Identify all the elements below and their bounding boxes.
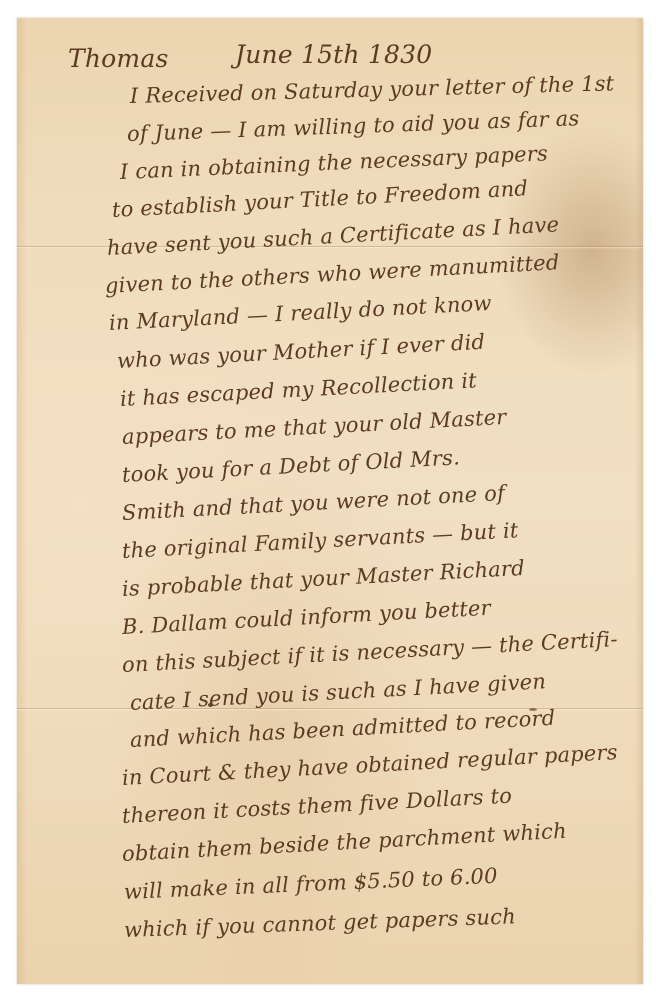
letter-line: the original Family servants — but it	[121, 518, 519, 563]
letter-line: I Received on Saturday your letter of th…	[130, 71, 615, 108]
letter-line: thereon it costs them five Dollars to	[121, 784, 512, 828]
letter-line: I can in obtaining the necessary papers	[119, 141, 548, 184]
letter-line: took you for a Debt of Old Mrs.	[121, 445, 460, 487]
letter-line: is probable that your Master Richard	[121, 556, 525, 601]
letter-line: to establish your Title to Freedom and	[111, 176, 528, 222]
letter-line: and which has been admitted to record	[129, 706, 556, 752]
letter-line: have sent you such a Certificate as I ha…	[106, 212, 559, 260]
letter-date: June 15th 1830	[235, 40, 432, 69]
letter-line: of June — I am willing to aid you as far…	[127, 106, 580, 146]
letter-line: Smith and that you were not one of	[121, 481, 505, 525]
letter-line: in Maryland — I really do not know	[108, 291, 492, 335]
letter-line: B. Dallam could inform you better	[121, 595, 491, 638]
letter-page: Thomas June 15th 1830 I Received on Satu…	[17, 18, 643, 984]
letter-line: which if you cannot get papers such	[124, 904, 517, 942]
letter-line: obtain them beside the parchment which	[121, 819, 567, 866]
letter-line: given to the others who were manumitted	[104, 250, 560, 298]
salutation: Thomas	[68, 44, 168, 73]
letter-line: who was your Mother if I ever did	[116, 330, 485, 373]
letter-line: appears to me that your old Master	[121, 405, 507, 449]
letter-line: will make in all from $5.50 to 6.00	[123, 864, 498, 904]
letter-line: it has escaped my Recollection it	[119, 369, 477, 412]
